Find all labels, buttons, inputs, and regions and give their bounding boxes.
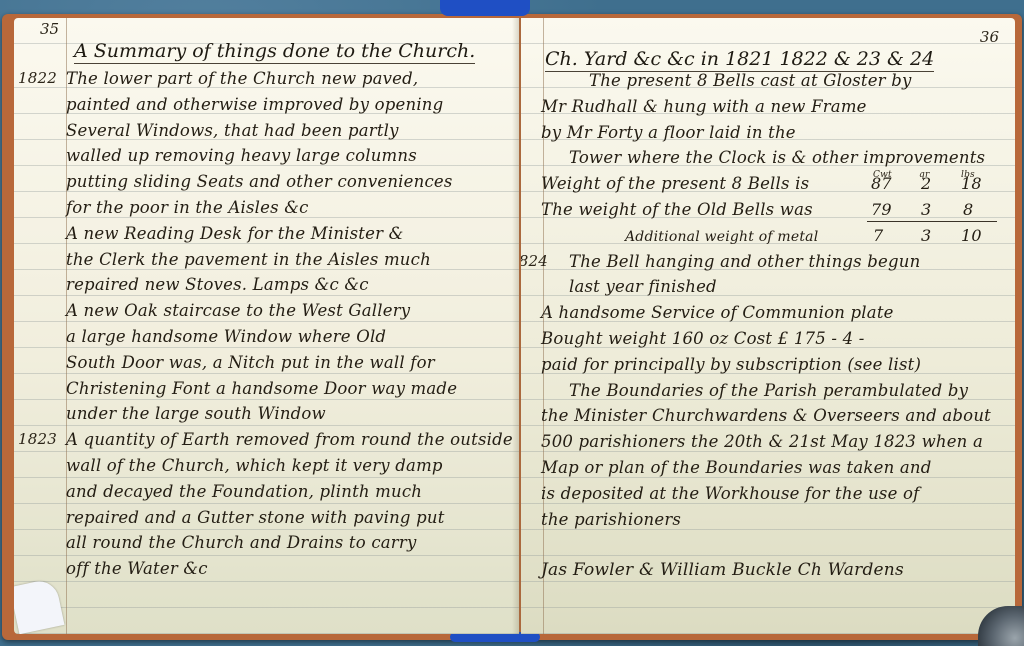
entry-lines: The present 8 Bells cast at Gloster by M… xyxy=(521,68,1015,584)
entry-line: the parishioners xyxy=(521,507,1015,533)
entry-line: repaired new Stoves. Lamps &c &c xyxy=(14,272,519,298)
page-number: 35 xyxy=(40,20,59,38)
lbs-value: 10 xyxy=(961,223,982,249)
entry-line: A new Oak staircase to the West Gallery xyxy=(14,298,519,324)
entry-line: A new Reading Desk for the Minister & xyxy=(14,221,519,247)
entry-line: paid for principally by subscription (se… xyxy=(521,352,1015,378)
entry-line: South Door was, a Nitch put in the wall … xyxy=(14,350,519,376)
lbs-value: 8 xyxy=(963,197,973,223)
entry-line: under the large south Window xyxy=(14,401,519,427)
entry-line: is deposited at the Workhouse for the us… xyxy=(521,481,1015,507)
entry-line: 1824The Bell hanging and other things be… xyxy=(521,249,1015,275)
entry-line: The present 8 Bells cast at Gloster by xyxy=(521,68,1015,94)
entry-line: for the poor in the Aisles &c xyxy=(14,195,519,221)
bell-weight-label: Weight of the present 8 Bells is xyxy=(541,174,809,193)
entry-line: Bought weight 160 oz Cost £ 175 - 4 - xyxy=(521,326,1015,352)
entry-line: by Mr Forty a floor laid in the xyxy=(521,120,1015,146)
bell-weight-row: The weight of the Old Bells was 79 3 8 xyxy=(521,197,1015,223)
entry-year: 1822 xyxy=(18,66,57,92)
left-page: 35 A Summary of things done to the Churc… xyxy=(14,18,519,634)
entry-line: last year finished xyxy=(521,274,1015,300)
entry-line: all round the Church and Drains to carry xyxy=(14,530,519,556)
entry-line: the Minister Churchwardens & Overseers a… xyxy=(521,403,1015,429)
entry-year: 1824 xyxy=(521,249,548,275)
entry-line: 500 parishioners the 20th & 21st May 182… xyxy=(521,429,1015,455)
entry-line: a large handsome Window where Old xyxy=(14,324,519,350)
entry-line: The Boundaries of the Parish perambulate… xyxy=(521,378,1015,404)
ribbon-marker-top xyxy=(440,0,530,16)
churchwardens-signature: Jas Fowler & William Buckle Ch Wardens xyxy=(521,558,1015,584)
cwt-value: 87 xyxy=(871,171,892,197)
entry-line: walled up removing heavy large columns xyxy=(14,143,519,169)
entry-line: 1822The lower part of the Church new pav… xyxy=(14,66,519,92)
qr-value: 3 xyxy=(921,197,931,223)
entry-line: repaired and a Gutter stone with paving … xyxy=(14,505,519,531)
page-number: 36 xyxy=(980,28,999,46)
entry-line: the Clerk the pavement in the Aisles muc… xyxy=(14,247,519,273)
bell-weight-row: Weight of the present 8 Bells is Cwt qr … xyxy=(521,171,1015,197)
bell-weight-row: Additional weight of metal 7 3 10 xyxy=(521,223,1015,249)
bell-weight-label: Additional weight of metal xyxy=(625,229,818,245)
entry-line: Mr Rudhall & hung with a new Frame xyxy=(521,94,1015,120)
entry-line: off the Water &c xyxy=(14,556,519,582)
entry-line: 1823A quantity of Earth removed from rou… xyxy=(14,427,519,453)
cwt-value: 7 xyxy=(873,223,883,249)
entry-line: A handsome Service of Communion plate xyxy=(521,300,1015,326)
entry-line: putting sliding Seats and other convenie… xyxy=(14,169,519,195)
entry-line: and decayed the Foundation, plinth much xyxy=(14,479,519,505)
page-heading: A Summary of things done to the Church. xyxy=(74,40,475,64)
cwt-value: 79 xyxy=(871,197,892,223)
right-page: 36 Ch. Yard &c &c in 1821 1822 & 23 & 24… xyxy=(521,18,1015,634)
entry-line: Several Windows, that had been partly xyxy=(14,118,519,144)
entry-line: Christening Font a handsome Door way mad… xyxy=(14,376,519,402)
entry-line: painted and otherwise improved by openin… xyxy=(14,92,519,118)
entry-line: Map or plan of the Boundaries was taken … xyxy=(521,455,1015,481)
blank-line xyxy=(521,532,1015,558)
qr-value: 2 xyxy=(921,171,931,197)
entry-line: Tower where the Clock is & other improve… xyxy=(521,145,1015,171)
entry-lines: 1822The lower part of the Church new pav… xyxy=(14,66,519,582)
bell-weight-label: The weight of the Old Bells was xyxy=(541,200,813,219)
entry-year: 1823 xyxy=(18,427,57,453)
entry-line: wall of the Church, which kept it very d… xyxy=(14,453,519,479)
paper-scrap xyxy=(14,578,64,634)
qr-value: 3 xyxy=(921,223,931,249)
lbs-value: 18 xyxy=(961,171,982,197)
